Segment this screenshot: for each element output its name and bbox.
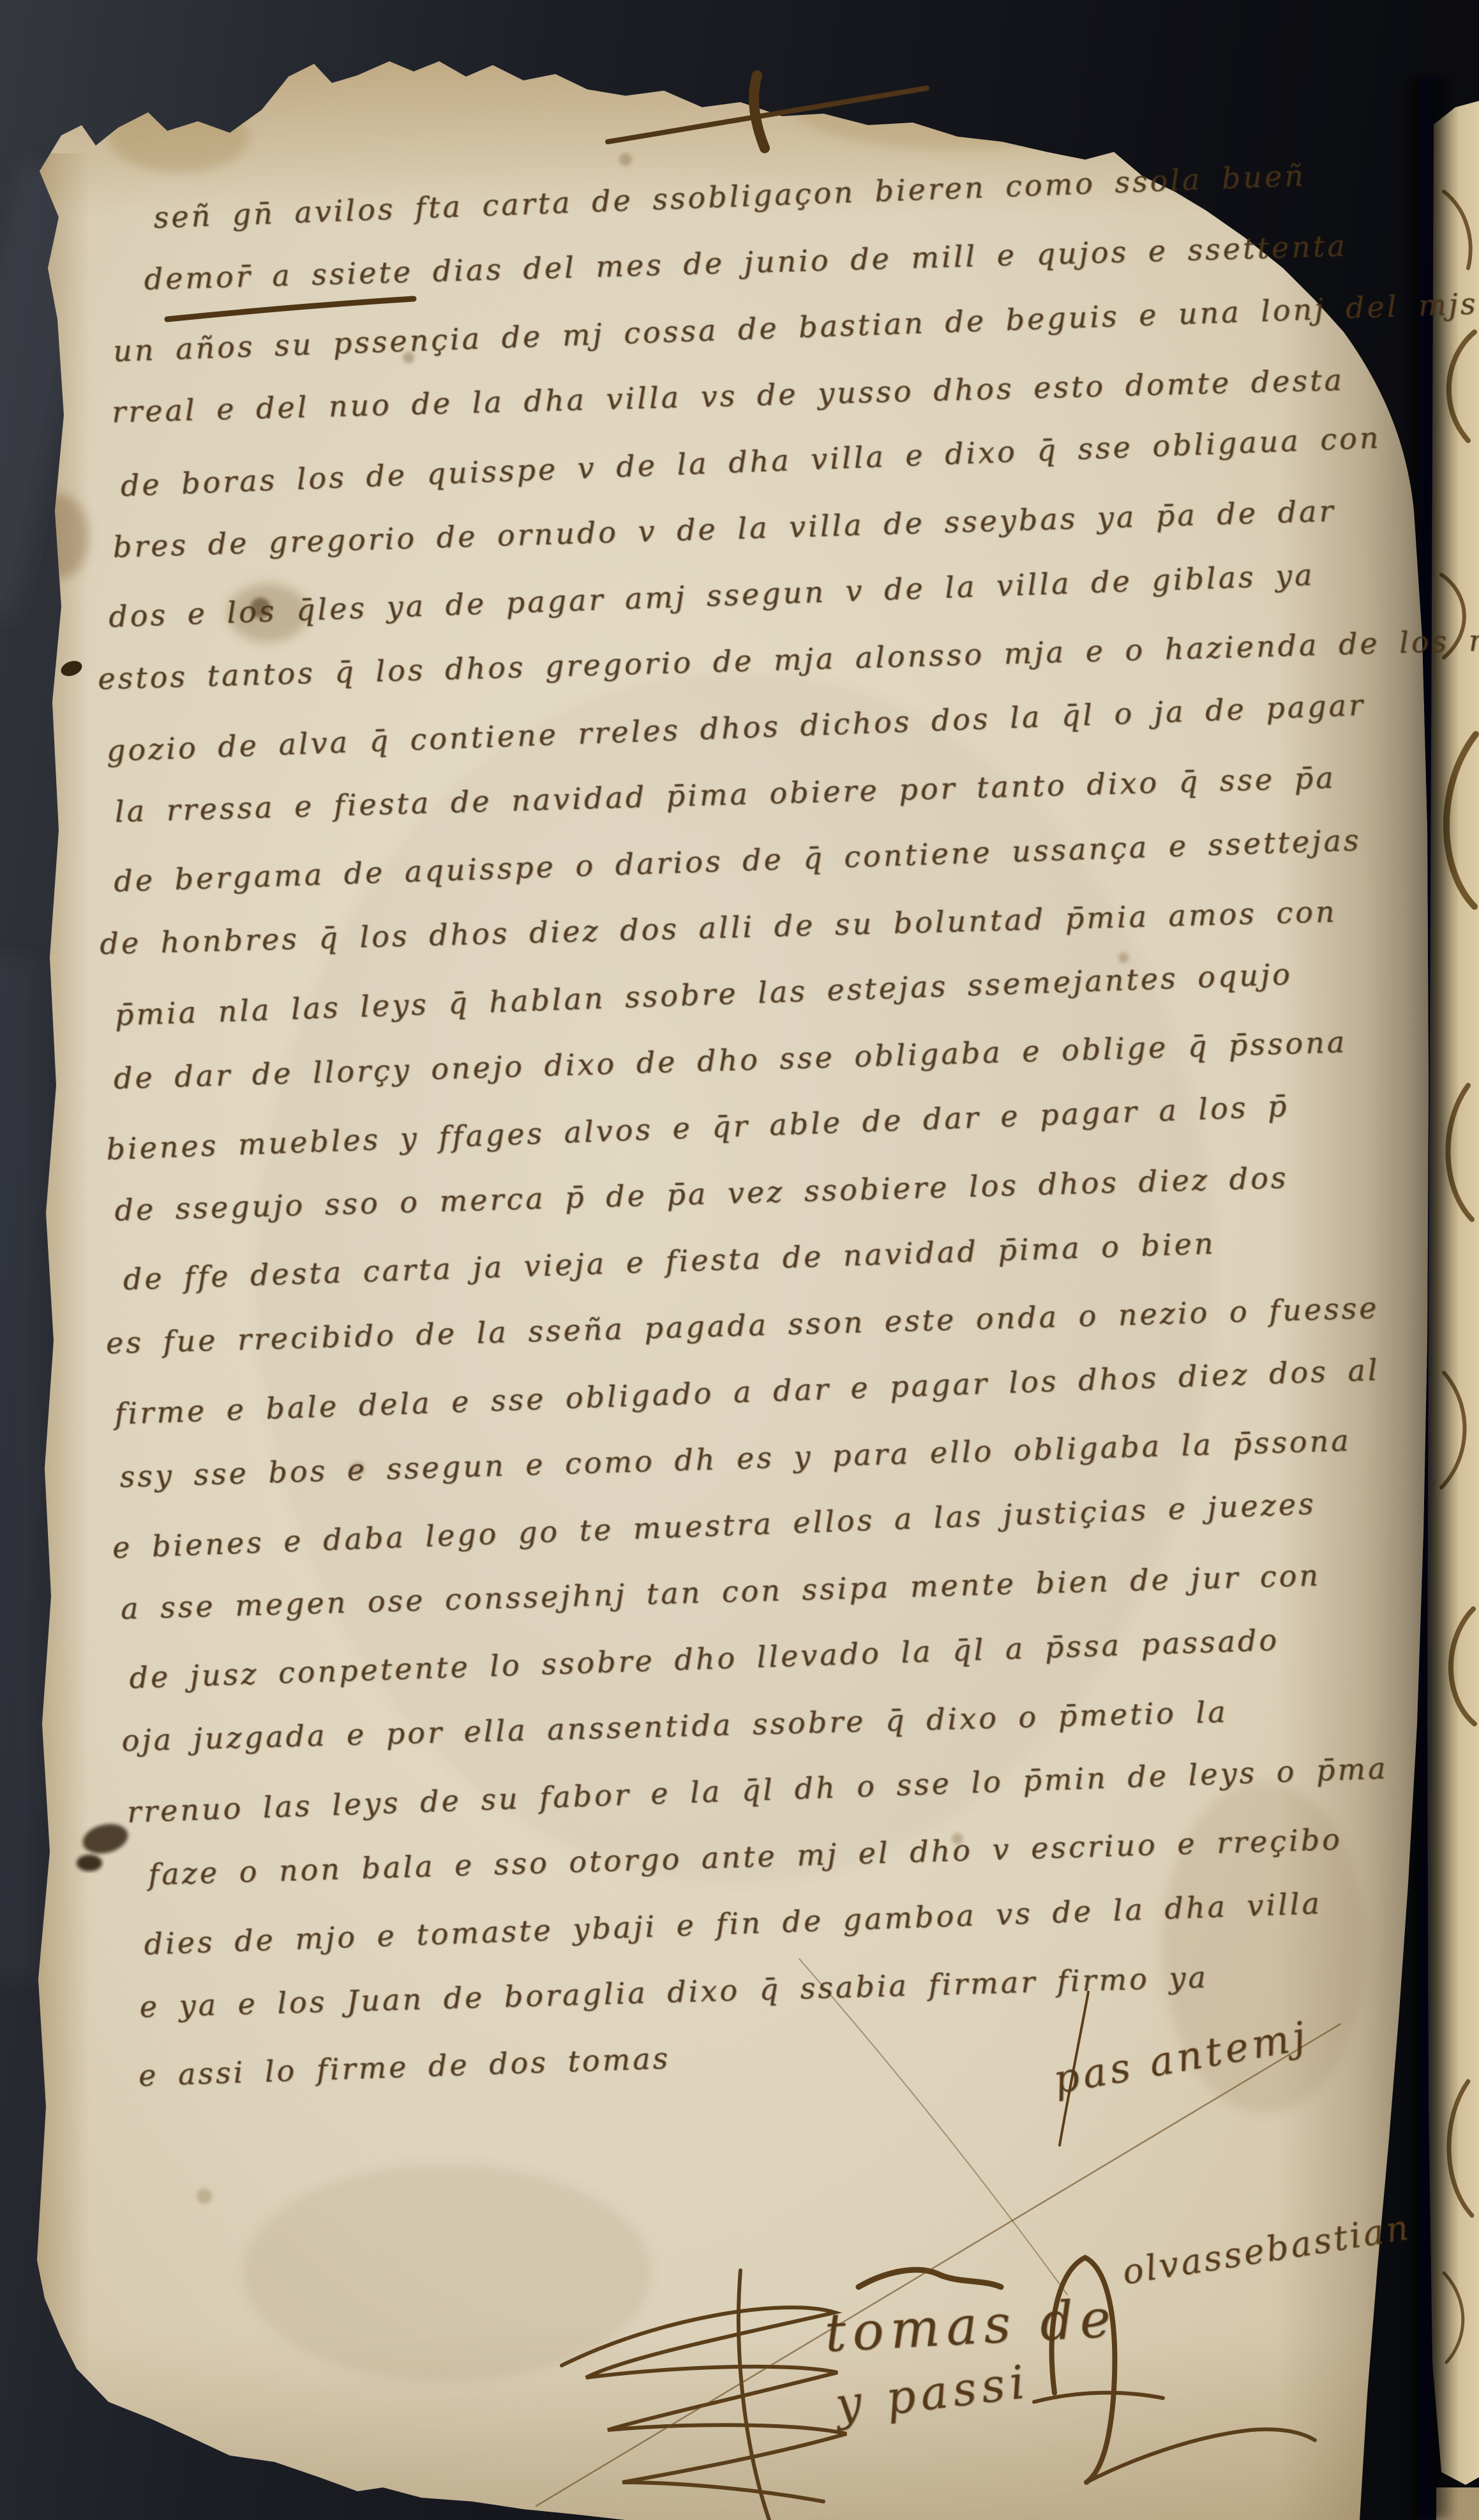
paper-sheet bbox=[0, 0, 1479, 2520]
manuscript-artwork bbox=[0, 0, 1479, 2520]
manuscript-photograph: señ gn̄ avilos fta carta de ssobligaçon … bbox=[0, 0, 1479, 2520]
paper-grain bbox=[0, 0, 1479, 2520]
